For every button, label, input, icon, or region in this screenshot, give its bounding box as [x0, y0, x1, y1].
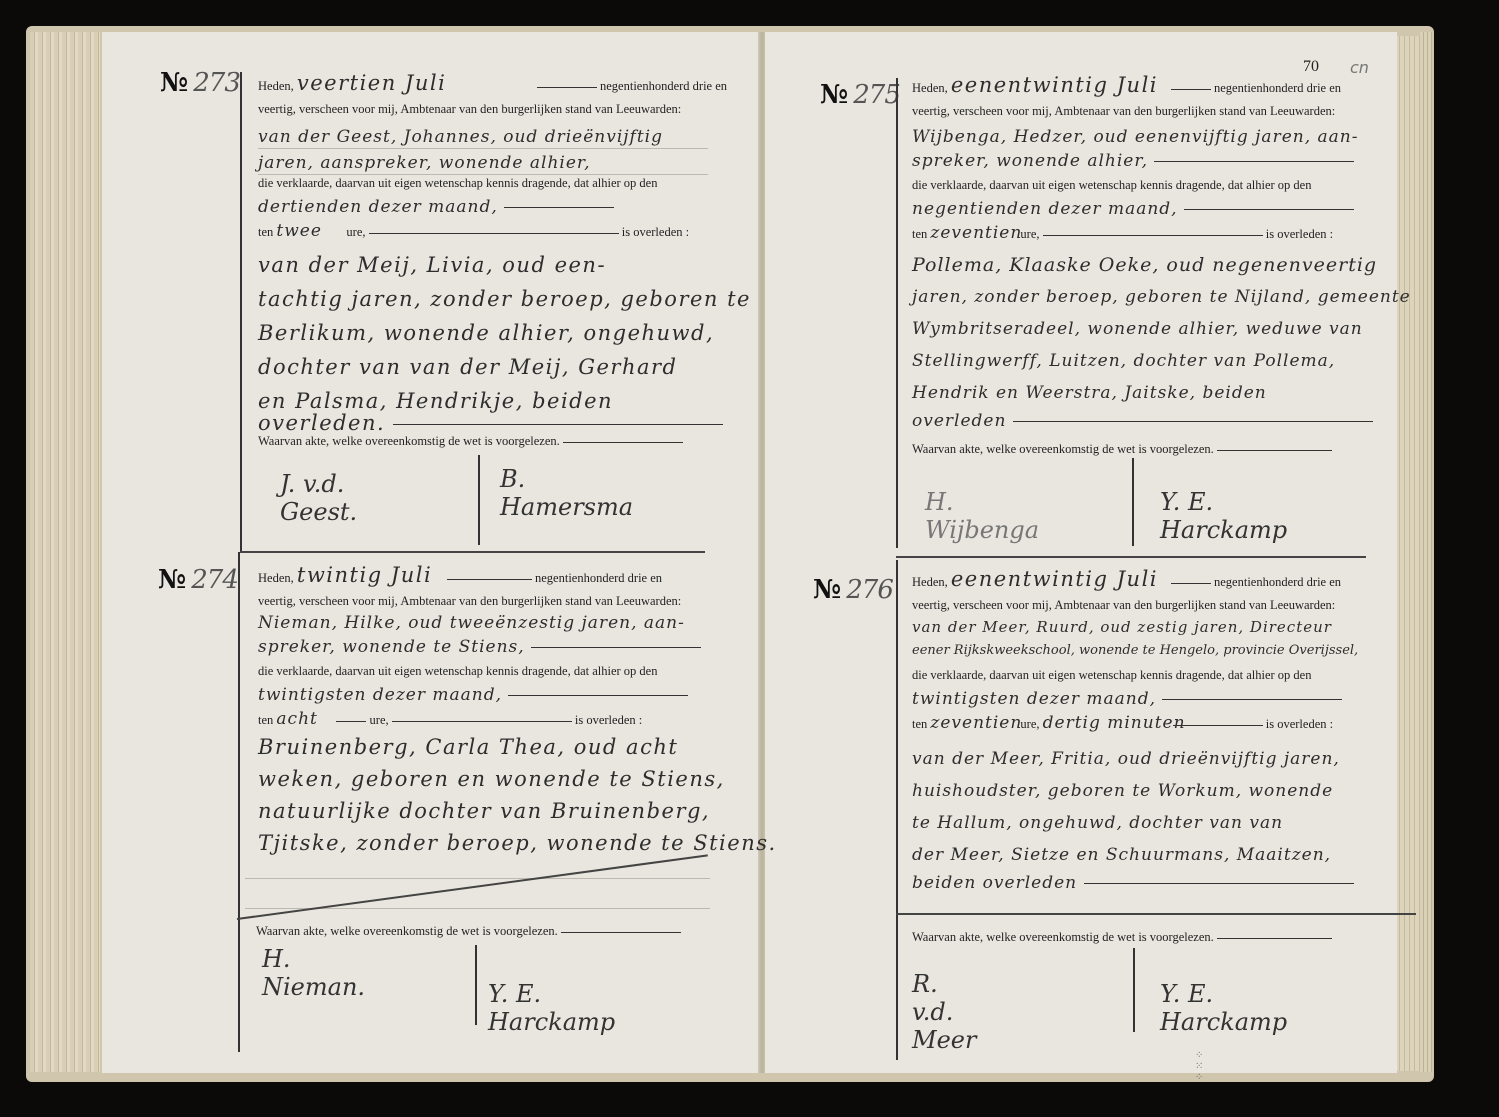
- perforation-stamp: ⁘ ⁙ ⁘: [1195, 1050, 1205, 1083]
- pencil-mark: cn: [1350, 58, 1369, 77]
- closing-line: Waarvan akte, welke overeenkomstig de we…: [912, 436, 1332, 462]
- signature-divider: [1132, 458, 1134, 546]
- signature-divider: [475, 945, 477, 1025]
- margin-rule: [896, 560, 898, 1060]
- deceased-line: natuurlijke dochter van Bruinenberg,: [258, 798, 710, 824]
- declarant-line: Nieman, Hilke, oud tweeënzestig jaren, a…: [258, 610, 685, 636]
- entry-separator: [240, 551, 705, 553]
- deceased-line: van der Meer, Fritia, oud drieënvijftig …: [912, 746, 1340, 772]
- closing-line: Waarvan akte, welke overeenkomstig de we…: [258, 428, 683, 454]
- deceased-line: tachtig jaren, zonder beroep, geboren te: [258, 286, 751, 312]
- printed-line: die verklaarde, daarvan uit eigen wetens…: [912, 172, 1311, 198]
- deceased-line: Berlikum, wonende alhier, ongehuwd,: [258, 320, 714, 346]
- declarant-line: Wijbenga, Hedzer, oud eenenvijftig jaren…: [912, 124, 1358, 150]
- margin-rule: [238, 552, 240, 1052]
- deceased-line: van der Meij, Livia, oud een-: [258, 252, 606, 278]
- entry-number: №276: [813, 575, 893, 605]
- ruled-line: [258, 148, 708, 149]
- signature-declarant: H. Nieman.: [262, 945, 365, 1001]
- declarant-line: spreker, wonende te Stiens,: [258, 634, 701, 660]
- entry-separator: [896, 913, 1416, 915]
- deceased-line: Pollema, Klaaske Oeke, oud negenenveerti…: [912, 252, 1377, 278]
- day-line: negentienden dezer maand,: [912, 196, 1354, 222]
- printed-line: veertig, verscheen voor mij, Ambtenaar v…: [912, 98, 1335, 124]
- signature-divider: [1133, 948, 1135, 1032]
- deceased-line: Stellingwerff, Luitzen, dochter van Poll…: [912, 348, 1335, 374]
- deceased-line: jaren, zonder beroep, geboren te Nijland…: [912, 284, 1411, 310]
- declarant-line: van der Meer, Ruurd, oud zestig jaren, D…: [912, 614, 1332, 640]
- deceased-line: te Hallum, ongehuwd, dochter van van: [912, 810, 1283, 836]
- date-line: Heden, veertien Juli negentienhonderd dr…: [258, 70, 727, 96]
- signature-registrar: B. Hamersma: [500, 465, 633, 521]
- printed-line: veertig, verscheen voor mij, Ambtenaar v…: [258, 96, 681, 122]
- entry-number: №273: [160, 68, 240, 98]
- signature-declarant: R. v.d. Meer: [912, 970, 976, 1054]
- deceased-line: huishoudster, geboren te Workum, wonende: [912, 778, 1333, 804]
- entry-number: №275: [820, 80, 900, 110]
- declarant-line: spreker, wonende alhier,: [912, 148, 1354, 174]
- closing-line: Waarvan akte, welke overeenkomstig de we…: [912, 924, 1332, 950]
- time-line: ten zeventienure, is overleden :: [912, 220, 1333, 246]
- date-line: Heden, twintig Juli negentienhonderd dri…: [258, 562, 662, 588]
- deceased-line: Hendrik en Weerstra, Jaitske, beiden: [912, 380, 1267, 406]
- day-line: dertienden dezer maand,: [258, 194, 614, 220]
- day-line: twintigsten dezer maand,: [912, 686, 1342, 712]
- deceased-line: Bruinenberg, Carla Thea, oud acht: [258, 734, 678, 760]
- signature-declarant: H. Wijbenga: [925, 488, 1039, 544]
- time-line: ten acht ure, is overleden :: [258, 706, 642, 732]
- cover-edge-right: [1420, 32, 1432, 1072]
- page-edges-left: [30, 32, 100, 1072]
- deceased-line: overleden: [912, 408, 1373, 434]
- date-line: Heden, eenentwintig Juli negentienhonder…: [912, 566, 1341, 592]
- margin-rule: [896, 78, 898, 548]
- closing-line: Waarvan akte, welke overeenkomstig de we…: [256, 918, 681, 944]
- entry-number: №274: [158, 565, 238, 595]
- deceased-line: beiden overleden: [912, 870, 1354, 896]
- time-line: ten tweeure, is overleden :: [258, 218, 689, 244]
- deceased-line: der Meer, Sietze en Schuurmans, Maaitzen…: [912, 842, 1331, 868]
- declarant-line: van der Geest, Johannes, oud drieënvijft…: [258, 124, 663, 150]
- signature-registrar: Y. E. Harckamp: [1160, 980, 1287, 1036]
- date-line: Heden, eenentwintig Juli negentienhonder…: [912, 72, 1341, 98]
- signature-registrar: Y. E. Harckamp: [1160, 488, 1287, 544]
- margin-rule: [240, 72, 242, 552]
- deceased-line: Tjitske, zonder beroep, wonende te Stien…: [258, 830, 777, 856]
- printed-line: die verklaarde, daarvan uit eigen wetens…: [258, 170, 657, 196]
- entry-separator: [896, 556, 1366, 558]
- time-line: ten zeventienure, dertig minuten is over…: [912, 710, 1333, 736]
- deceased-line: weken, geboren en wonende te Stiens,: [258, 766, 725, 792]
- printed-line: die verklaarde, daarvan uit eigen wetens…: [258, 658, 657, 684]
- page-edges-right: [1395, 36, 1423, 1071]
- deceased-line: Wymbritseradeel, wonende alhier, weduwe …: [912, 316, 1363, 342]
- day-line: twintigsten dezer maand,: [258, 682, 688, 708]
- signature-divider: [478, 455, 480, 545]
- deceased-line: dochter van van der Meij, Gerhard: [258, 354, 677, 380]
- ruled-line: [245, 878, 710, 879]
- printed-line: die verklaarde, daarvan uit eigen wetens…: [912, 662, 1311, 688]
- signature-registrar: Y. E. Harckamp: [488, 980, 615, 1036]
- signature-declarant: J. v.d. Geest.: [280, 470, 357, 526]
- declarant-line: eener Rijkskweekschool, wonende te Henge…: [912, 638, 1358, 664]
